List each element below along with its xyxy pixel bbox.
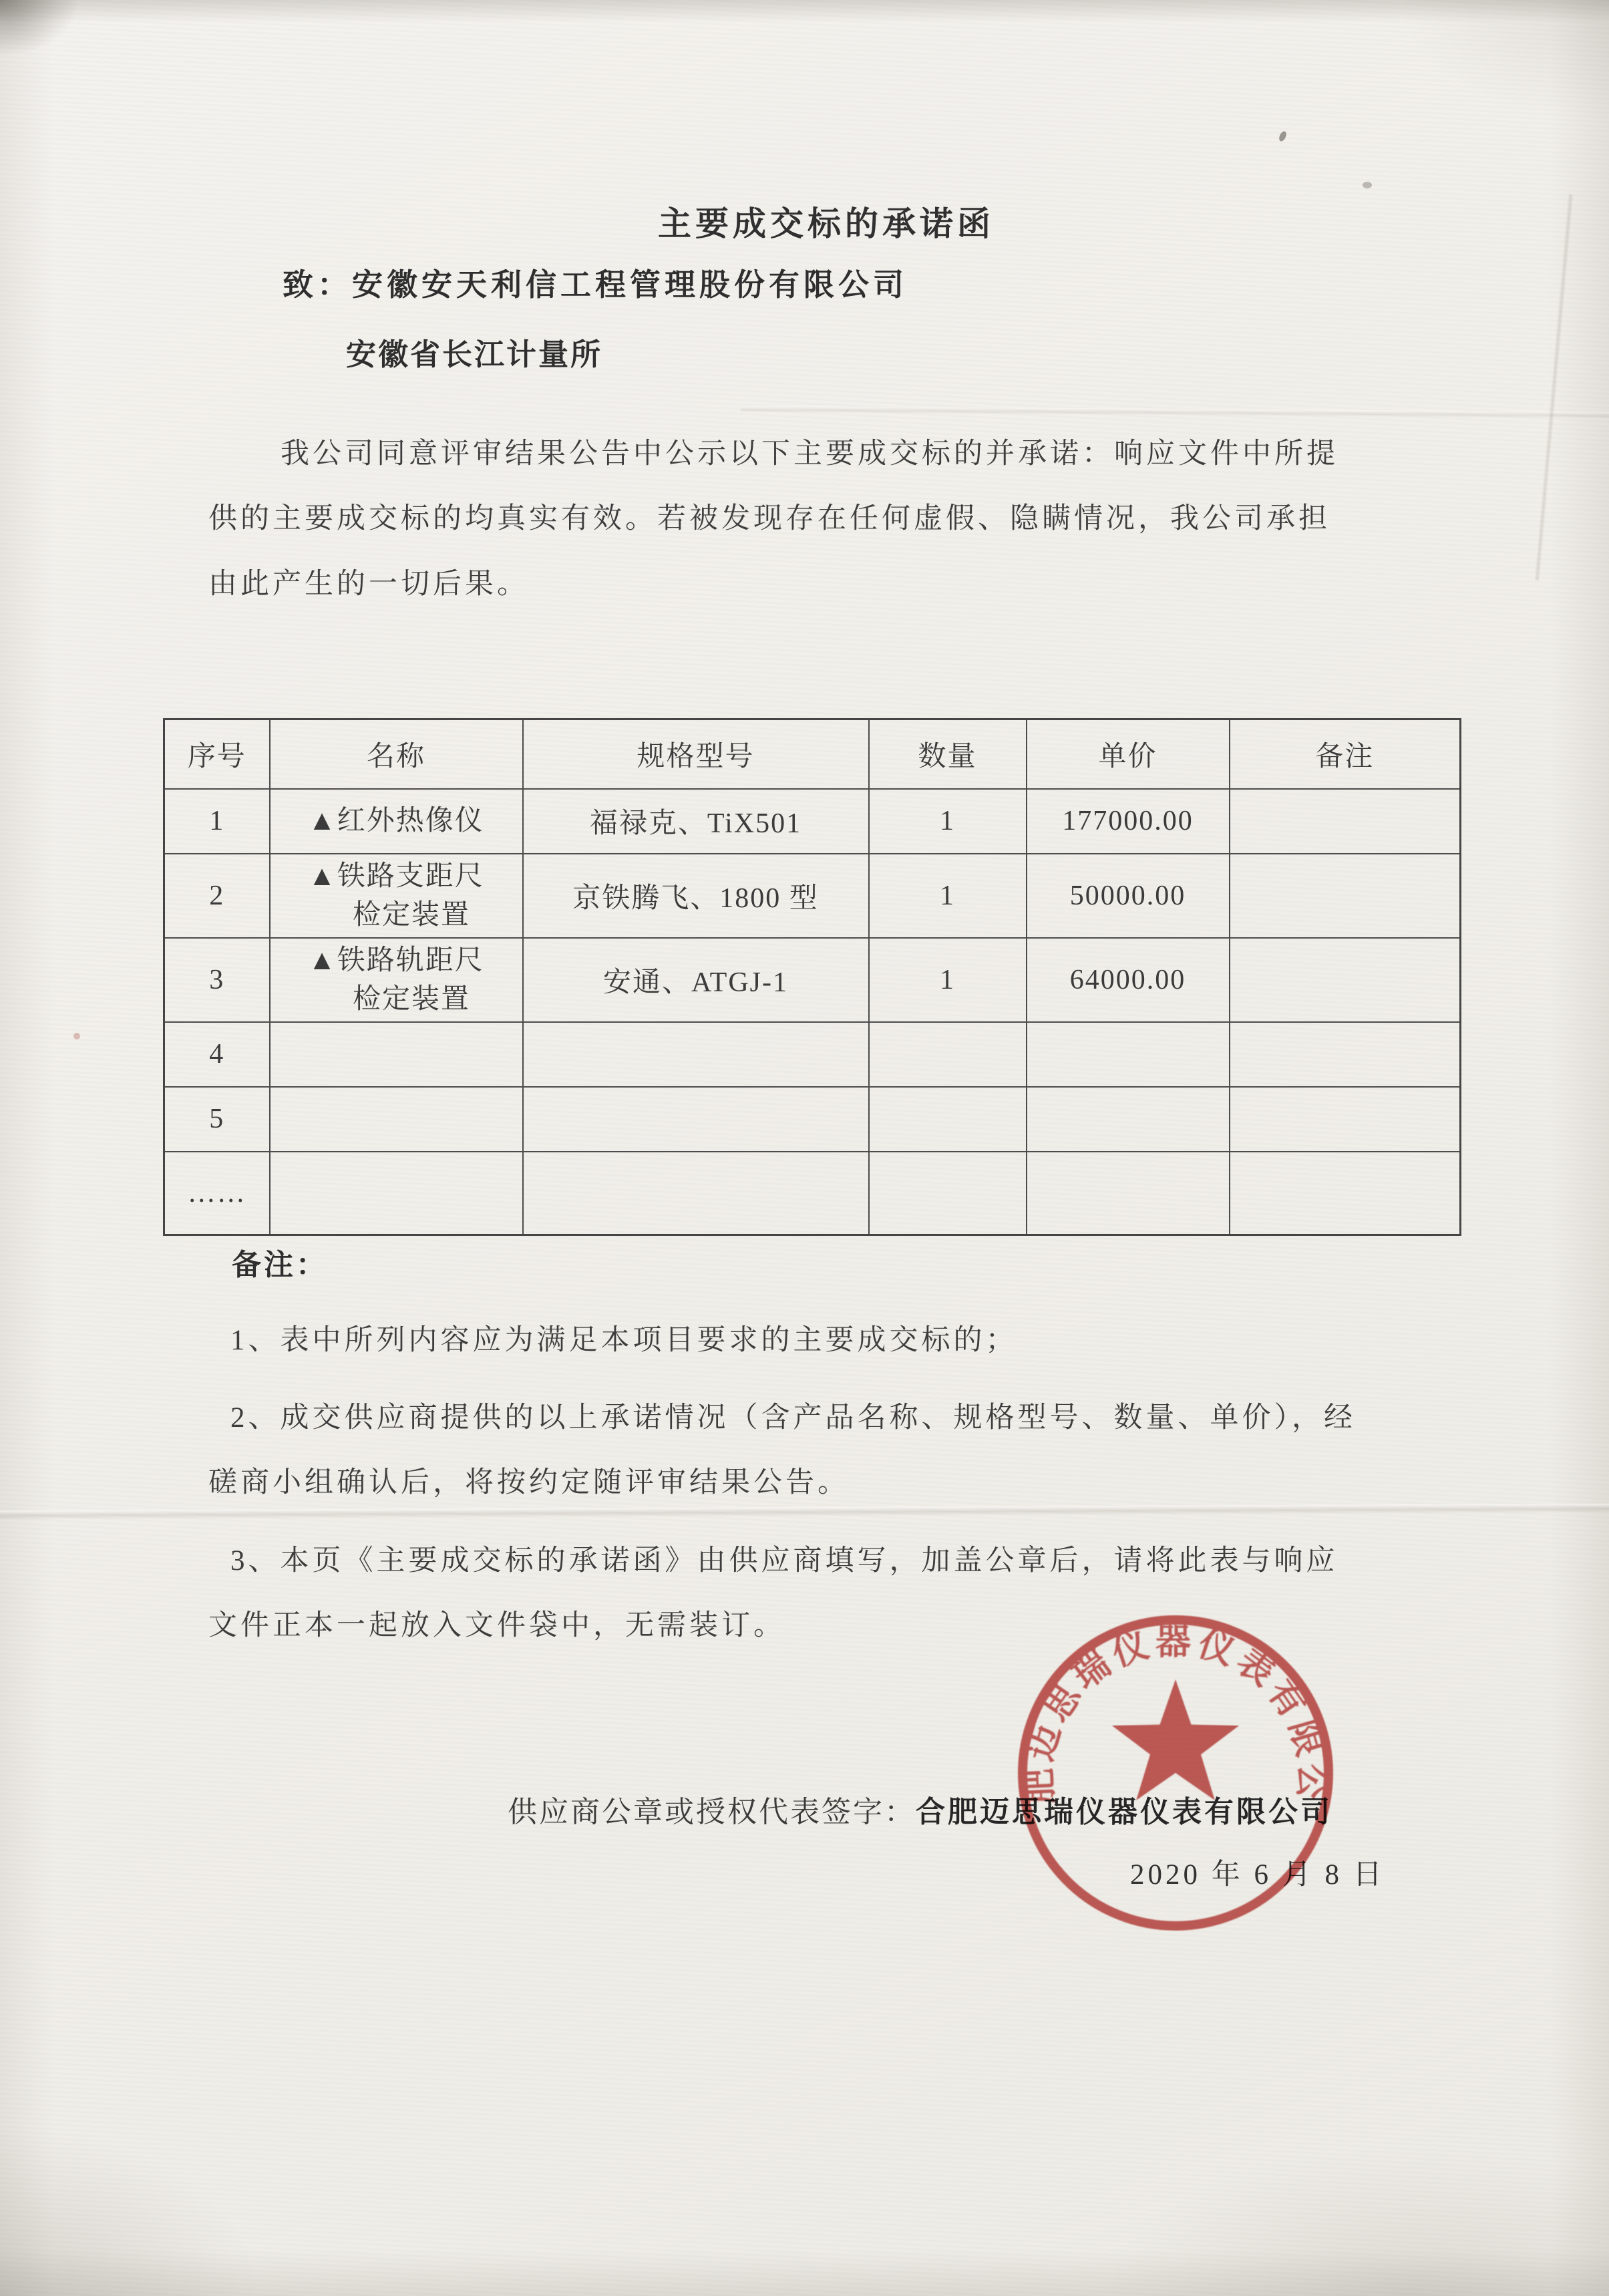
body-paragraph-line-1: 我公司同意评审结果公告中公示以下主要成交标的并承诺：响应文件中所提 (281, 431, 1338, 472)
table-header-row: 序号 名称 规格型号 数量 单价 备注 (164, 719, 1461, 789)
cell-no: 4 (164, 1022, 270, 1087)
cell-note (1230, 1087, 1461, 1152)
cell-name: ▲红外热像仪 (270, 789, 523, 854)
note-1: 1、表中所列内容应为满足本项目要求的主要成交标的； (230, 1317, 1018, 1358)
cell-spec (523, 1022, 869, 1087)
cell-note (1230, 854, 1461, 938)
signature-label: 供应商公章或授权代表签字： (508, 1796, 916, 1828)
notes-label: 备注： (232, 1241, 328, 1283)
seal-star-icon (1112, 1679, 1239, 1800)
cell-qty (869, 1087, 1027, 1152)
items-table: 序号 名称 规格型号 数量 单价 备注 1 ▲红外热像仪 福禄克、TiX501 … (163, 718, 1461, 1236)
cell-no: 5 (164, 1087, 270, 1152)
cell-spec (523, 1152, 869, 1235)
cell-name (270, 1087, 523, 1152)
body-paragraph-line-2: 供的主要成交标的均真实有效。若被发现存在任何虚假、隐瞒情况，我公司承担 (208, 496, 1330, 536)
header-no: 序号 (164, 719, 270, 789)
note-2-line2: 磋商小组确认后，将按约定随评审结果公告。 (208, 1460, 850, 1500)
item-name-line2: 检定装置 (271, 896, 522, 935)
cell-name (270, 1022, 523, 1087)
table-row: …… (164, 1152, 1461, 1235)
company-seal-stamp: 合肥迈思瑞仪器仪表有限公司 (1002, 1599, 1349, 1947)
paper-crease-upper (741, 405, 1609, 418)
table-row: 5 (164, 1087, 1461, 1152)
addressee-label: 致： (283, 268, 352, 302)
item-name-line1: ▲红外热像仪 (271, 802, 522, 840)
table-row: 2 ▲铁路支距尺检定装置 京铁腾飞、1800 型 1 50000.00 (164, 854, 1461, 938)
cell-qty: 1 (869, 938, 1027, 1022)
cell-qty (869, 1152, 1027, 1235)
cell-price: 64000.00 (1027, 938, 1230, 1022)
cell-spec: 安通、ATGJ-1 (523, 938, 869, 1022)
cell-name (270, 1152, 523, 1235)
scan-speck (1278, 130, 1288, 142)
cell-note (1230, 789, 1461, 854)
svg-text:合肥迈思瑞仪器仪表有限公司: 合肥迈思瑞仪器仪表有限公司 (1020, 1623, 1331, 1804)
cell-note (1230, 938, 1461, 1022)
cell-no: 3 (164, 938, 270, 1022)
header-name: 名称 (270, 719, 523, 789)
cell-price (1027, 1022, 1230, 1087)
page-title: 主要成交标的承诺函 (658, 197, 995, 245)
cell-price (1027, 1152, 1230, 1235)
header-qty: 数量 (869, 719, 1027, 789)
note-3-line1: 3、本页《主要成交标的承诺函》由供应商填写，加盖公章后，请将此表与响应 (230, 1538, 1338, 1579)
addressee-line-1: 致：安徽安天利信工程管理股份有限公司 (283, 261, 908, 305)
cell-price (1027, 1087, 1230, 1152)
cell-qty: 1 (869, 789, 1027, 854)
seal-company-text: 合肥迈思瑞仪器仪表有限公司 (1020, 1623, 1331, 1804)
item-name-line2: 检定装置 (271, 980, 522, 1019)
item-name-line1: ▲铁路轨距尺 (271, 941, 522, 980)
cell-price: 177000.00 (1027, 789, 1230, 854)
addressee-company: 安徽安天利信工程管理股份有限公司 (352, 268, 908, 302)
signature-company-name: 合肥迈思瑞仪器仪表有限公司 (916, 1796, 1332, 1828)
item-name-line1: ▲铁路支距尺 (271, 857, 522, 896)
header-note: 备注 (1230, 719, 1461, 789)
signature-date: 2020 年 6 月 8 日 (1130, 1852, 1385, 1893)
cell-spec (523, 1087, 869, 1152)
table-row: 3 ▲铁路轨距尺检定装置 安通、ATGJ-1 1 64000.00 (164, 938, 1461, 1022)
cell-spec: 福禄克、TiX501 (523, 789, 869, 854)
scan-speck (1363, 182, 1372, 188)
cell-qty (869, 1022, 1027, 1087)
table-row: 1 ▲红外热像仪 福禄克、TiX501 1 177000.00 (164, 789, 1461, 854)
cell-name: ▲铁路轨距尺检定装置 (270, 938, 523, 1022)
cell-price: 50000.00 (1027, 854, 1230, 938)
header-price: 单价 (1027, 719, 1230, 789)
cell-note (1230, 1152, 1461, 1235)
addressee-line-2: 安徽省长江计量所 (346, 330, 602, 373)
cell-qty: 1 (869, 854, 1027, 938)
cell-no: 2 (164, 854, 270, 938)
signature-line: 供应商公章或授权代表签字：合肥迈思瑞仪器仪表有限公司 (508, 1788, 1332, 1830)
note-2-line1: 2、成交供应商提供的以上承诺情况（含产品名称、规格型号、数量、单价），经 (230, 1395, 1356, 1436)
cell-name: ▲铁路支距尺检定装置 (270, 854, 523, 938)
paper-crease-vertical (1534, 194, 1574, 581)
table-row: 4 (164, 1022, 1461, 1087)
cell-no: 1 (164, 789, 270, 854)
paper-crease-horizontal (0, 1504, 1609, 1520)
cell-note (1230, 1022, 1461, 1087)
scanned-document-page: 主要成交标的承诺函 致：安徽安天利信工程管理股份有限公司 安徽省长江计量所 我公… (0, 0, 1609, 2296)
cell-no-ellipsis: …… (164, 1152, 270, 1235)
header-spec: 规格型号 (523, 719, 869, 789)
cell-spec: 京铁腾飞、1800 型 (523, 854, 869, 938)
scan-speck (73, 1033, 80, 1039)
body-paragraph-line-3: 由此产生的一切后果。 (208, 561, 529, 602)
note-3-line2: 文件正本一起放入文件袋中，无需装订。 (208, 1603, 785, 1643)
